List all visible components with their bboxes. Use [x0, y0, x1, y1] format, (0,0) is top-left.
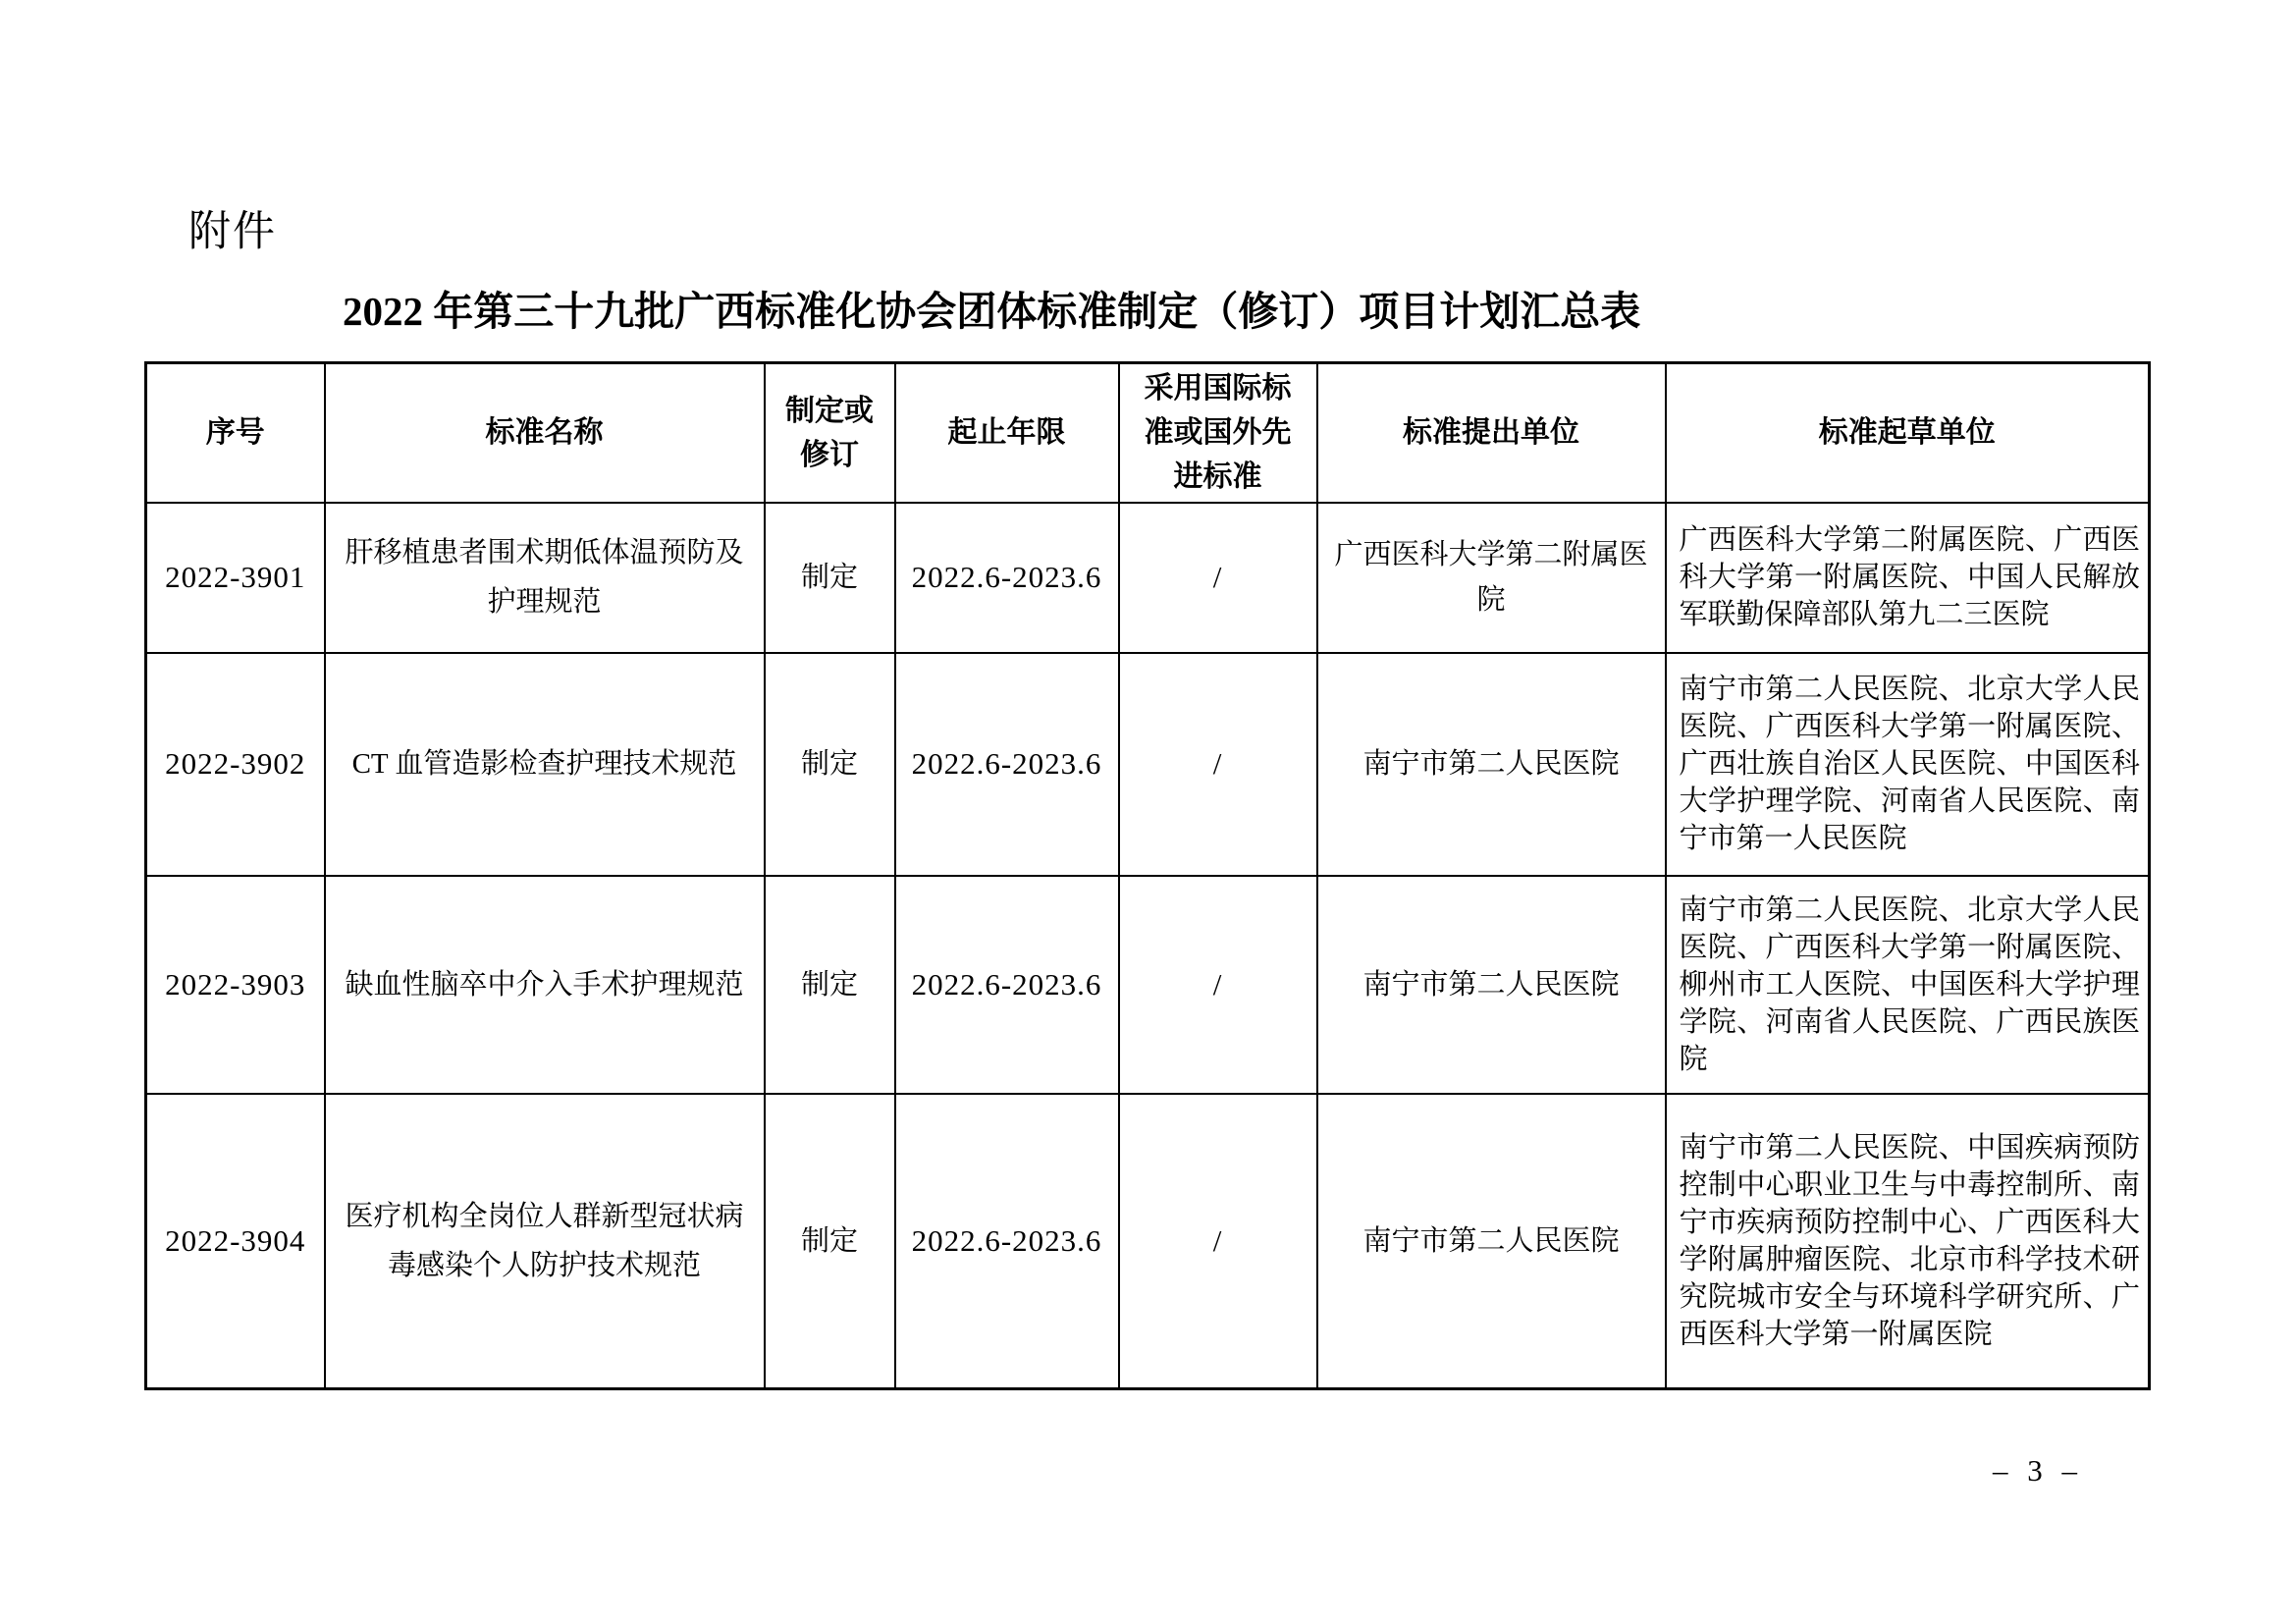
cell-drafting-unit: 广西医科大学第二附属医院、广西医科大学第一附属医院、中国人民解放军联勤保障部队第…	[1666, 503, 2150, 653]
cell-type: 制定	[765, 503, 895, 653]
table-header-row: 序号 标准名称 制定或修订 起止年限 采用国际标准或国外先进标准 标准提出单位 …	[146, 363, 2150, 503]
cell-proposing-unit: 广西医科大学第二附属医院	[1317, 503, 1666, 653]
cell-proposing-unit: 南宁市第二人民医院	[1317, 653, 1666, 876]
attachment-label: 附件	[188, 208, 277, 257]
cell-standard-name: CT 血管造影检查护理技术规范	[325, 653, 765, 876]
header-formulate-or-revise: 制定或修订	[765, 363, 895, 503]
cell-type: 制定	[765, 653, 895, 876]
cell-proposing-unit: 南宁市第二人民医院	[1317, 876, 1666, 1094]
cell-type: 制定	[765, 876, 895, 1094]
cell-years: 2022.6-2023.6	[895, 876, 1119, 1094]
cell-standard-name: 肝移植患者围术期低体温预防及护理规范	[325, 503, 765, 653]
cell-type: 制定	[765, 1094, 895, 1389]
header-serial: 序号	[146, 363, 325, 503]
cell-adopt: /	[1119, 503, 1317, 653]
cell-adopt: /	[1119, 876, 1317, 1094]
cell-adopt: /	[1119, 653, 1317, 876]
header-standard-name: 标准名称	[325, 363, 765, 503]
cell-years: 2022.6-2023.6	[895, 1094, 1119, 1389]
cell-serial: 2022-3902	[146, 653, 325, 876]
standards-plan-table: 序号 标准名称 制定或修订 起止年限 采用国际标准或国外先进标准 标准提出单位 …	[144, 361, 2151, 1390]
header-drafting-unit: 标准起草单位	[1666, 363, 2150, 503]
table-row: 2022-3904 医疗机构全岗位人群新型冠状病毒感染个人防护技术规范 制定 2…	[146, 1094, 2150, 1389]
header-proposing-unit: 标准提出单位	[1317, 363, 1666, 503]
cell-drafting-unit: 南宁市第二人民医院、北京大学人民医院、广西医科大学第一附属医院、广西壮族自治区人…	[1666, 653, 2150, 876]
cell-drafting-unit: 南宁市第二人民医院、北京大学人民医院、广西医科大学第一附属医院、柳州市工人医院、…	[1666, 876, 2150, 1094]
cell-standard-name: 医疗机构全岗位人群新型冠状病毒感染个人防护技术规范	[325, 1094, 765, 1389]
cell-adopt: /	[1119, 1094, 1317, 1389]
cell-years: 2022.6-2023.6	[895, 653, 1119, 876]
table-row: 2022-3902 CT 血管造影检查护理技术规范 制定 2022.6-2023…	[146, 653, 2150, 876]
table-row: 2022-3901 肝移植患者围术期低体温预防及护理规范 制定 2022.6-2…	[146, 503, 2150, 653]
page-number: – 3 –	[1993, 1453, 2083, 1489]
table-row: 2022-3903 缺血性脑卒中介入手术护理规范 制定 2022.6-2023.…	[146, 876, 2150, 1094]
cell-proposing-unit: 南宁市第二人民医院	[1317, 1094, 1666, 1389]
document-title: 2022 年第三十九批广西标准化协会团体标准制定（修订）项目计划汇总表	[343, 286, 1640, 337]
cell-standard-name: 缺血性脑卒中介入手术护理规范	[325, 876, 765, 1094]
cell-serial: 2022-3904	[146, 1094, 325, 1389]
cell-drafting-unit: 南宁市第二人民医院、中国疾病预防控制中心职业卫生与中毒控制所、南宁市疾病预防控制…	[1666, 1094, 2150, 1389]
cell-serial: 2022-3901	[146, 503, 325, 653]
cell-serial: 2022-3903	[146, 876, 325, 1094]
header-years: 起止年限	[895, 363, 1119, 503]
document-page: 附件 2022 年第三十九批广西标准化协会团体标准制定（修订）项目计划汇总表 序…	[0, 0, 2296, 1624]
header-adopt-international: 采用国际标准或国外先进标准	[1119, 363, 1317, 503]
cell-years: 2022.6-2023.6	[895, 503, 1119, 653]
